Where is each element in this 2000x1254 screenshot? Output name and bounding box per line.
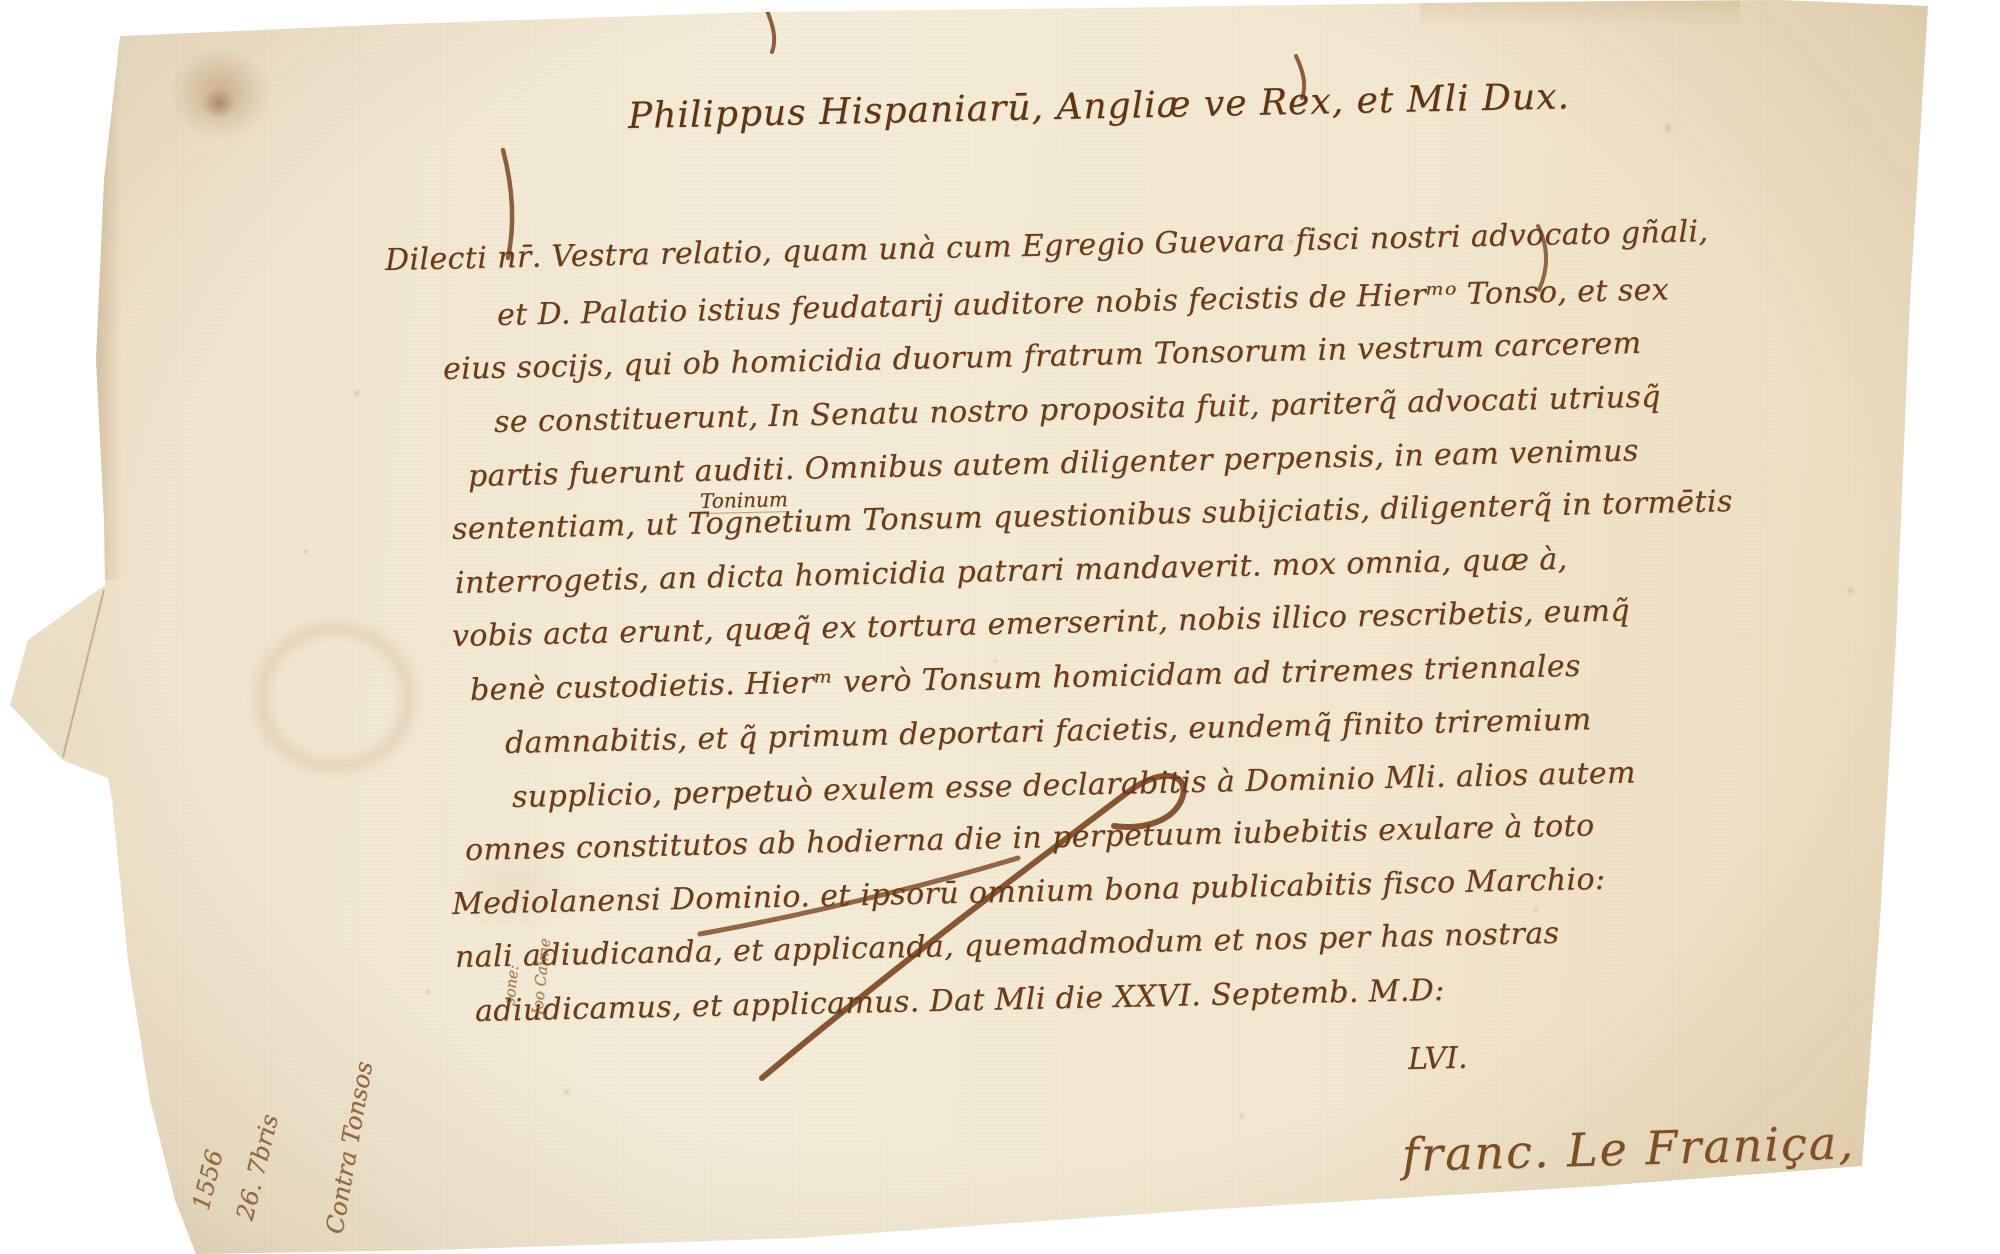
manuscript-page: Philippus Hispaniarū, Angliæ ve Rex, et …: [0, 0, 2000, 1254]
edge-vignette: [0, 0, 2000, 1254]
photo-canvas: Philippus Hispaniarū, Angliæ ve Rex, et …: [0, 0, 2000, 1254]
